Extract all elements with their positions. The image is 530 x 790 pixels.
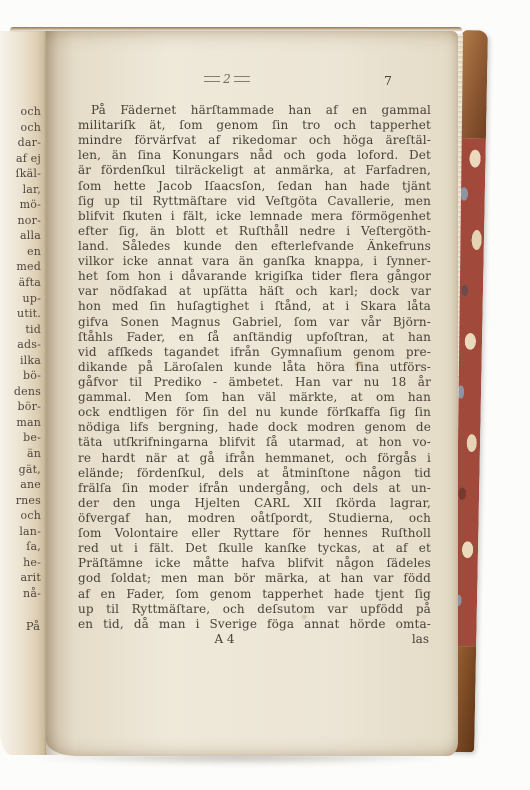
text-line: god ſoldat; men man bör märka, at han va… [78,571,431,586]
text-line: elände; fördenſkul, dels at åtminſtone n… [78,466,431,481]
fragment-line: ane [14,477,41,493]
fragment-line: lan- [14,524,41,540]
text-line: ſom Volontaire eller Ryttare för hennes … [78,526,431,541]
fragment-line: nor- [14,213,41,229]
fragment-line: ilka [14,353,41,369]
fragment-line: än [14,446,41,462]
text-line: up til Ryttmäſtare, och deſsutom var upf… [78,602,431,617]
text-line: är fördenſkul tilräckeligt at anmärka, a… [78,163,431,178]
text-line: frälſa ſin moder ifrån undergång, och de… [78,481,431,496]
ornament-rule-left [204,76,220,82]
signature-row: A 4 las [78,632,431,648]
text-line: land. Således kunde den efterlefvande Än… [78,239,431,254]
fragment-line: och [14,508,41,524]
catchword: las [412,632,429,646]
text-line: mindre förvärfvat af rikedomar och höga … [78,133,431,148]
fragment-line: nå- [14,586,41,602]
book-page: 2 7 På Fädernet härſtammade han af en ga… [46,31,458,756]
text-line: gifva Sonen Magnus Gabriel, ſom var vår … [78,315,431,330]
text-line: der den unga Hjelten CARL XII ſkörda lag… [78,496,431,511]
text-line: het ſom hon i dåvarande krigiſka tider f… [78,269,431,284]
fragment-line: be- [14,430,41,446]
facing-page-fragments: ochochdar-af ejſkäl-lar,mö-nor-allaenmed… [14,104,41,602]
fragment-line: och [14,120,41,136]
text-line: täta utſkrifningarna blifvit ſå utarmad,… [78,435,431,450]
text-line: dikande på Läroſalen kunde låta höra ſin… [78,360,431,375]
text-line: red ut i fält. Det ſkulle kanſke tyckas,… [78,541,431,556]
page-top-edge [10,27,462,32]
fragment-line: af ej [14,151,41,167]
fragment-line: ſa, [14,539,41,555]
fragment-line: utit. [14,306,41,322]
fragment-line: en [14,244,41,260]
fragment-line: alla [14,228,41,244]
page-number: 7 [384,73,408,88]
text-line: ock endtligen för ſin del nu kunde förſk… [78,405,431,420]
text-line: öfvergaf han, modren oåtſpordt, Studiern… [78,511,431,526]
ornament-numeral: 2 [223,73,231,85]
fragment-line: lar, [14,182,41,198]
fragment-line: äfta [14,275,41,291]
text-line: ſig up til Ryttmäſtare vid Veſtgöta Cava… [78,194,431,209]
text-line: re hardt när at gå ifrån hemmanet, och f… [78,451,431,466]
text-line: vid afſkeds tagandet ifrån Gymnaſium gen… [78,345,431,360]
signature-mark: A 4 [48,632,401,646]
fragment-line: up- [14,291,41,307]
text-line: På Fädernet härſtammade han af en gammal [78,103,431,118]
text-line: militariſk ät, ſom genom ſin tro och tap… [78,118,431,133]
fragment-line: arit [14,570,41,586]
text-line: blifvit ſkuten i fält, icke lemnade mera… [78,209,431,224]
text-line: ſom hette Jacob Iſaacsſon, ſedan han had… [78,179,431,194]
fragment-line: tid [14,322,41,338]
body-text: På Fädernet härſtammade han af en gammal… [78,103,431,632]
fragment-line: bör- [14,399,41,415]
fragment-line: bö- [14,368,41,384]
fragment-line: och [14,104,41,120]
fragment-line: ads- [14,337,41,353]
fragment-line: ſkäl- [14,166,41,182]
text-line: hon med ſin huſagtighet i ſtånd, at i Sk… [78,299,431,314]
text-line: en tid, då man i Sverige föga annat hörd… [78,617,431,632]
text-line: ſtåhls Fader, en ſå anſtändig upfoſtran,… [78,330,431,345]
ornament-rule-right [234,76,250,82]
fragment-line: dar- [14,135,41,151]
facing-page-catchword: På [26,619,40,633]
section-ornament: 2 [192,72,262,86]
text-line: vilkor icke annat vara än ganſka knappa,… [78,254,431,269]
facing-page-edge: ochochdar-af ejſkäl-lar,mö-nor-allaenmed… [0,31,46,755]
text-line: efter ſig, än blott et Ruſthåll nedre i … [78,224,431,239]
fragment-line: dens [14,384,41,400]
text-line: len, än ſina Konungars nåd och goda lofo… [78,148,431,163]
fragment-line: rnes [14,493,41,509]
fragment-line: mö- [14,197,41,213]
text-line: gammal. Men ſom han väl märkte, at om ha… [78,390,431,405]
text-line: Präſtämne icke måtte hafva blifvit någon… [78,556,431,571]
fragment-line: gät, [14,462,41,478]
text-line: nödiga lifs bergning, hade dock modren g… [78,420,431,435]
text-line: gåfvor til Prediko - ämbetet. Han var nu… [78,375,431,390]
fragment-line: med [14,259,41,275]
text-line: af en Fader, ſom genom tapperhet hade tj… [78,587,431,602]
leather-corner-top [460,30,488,138]
fragment-line: he- [14,555,41,571]
text-line: var nödſakad at upſätta häſt och karl; d… [78,284,431,299]
fragment-line: man [14,415,41,431]
